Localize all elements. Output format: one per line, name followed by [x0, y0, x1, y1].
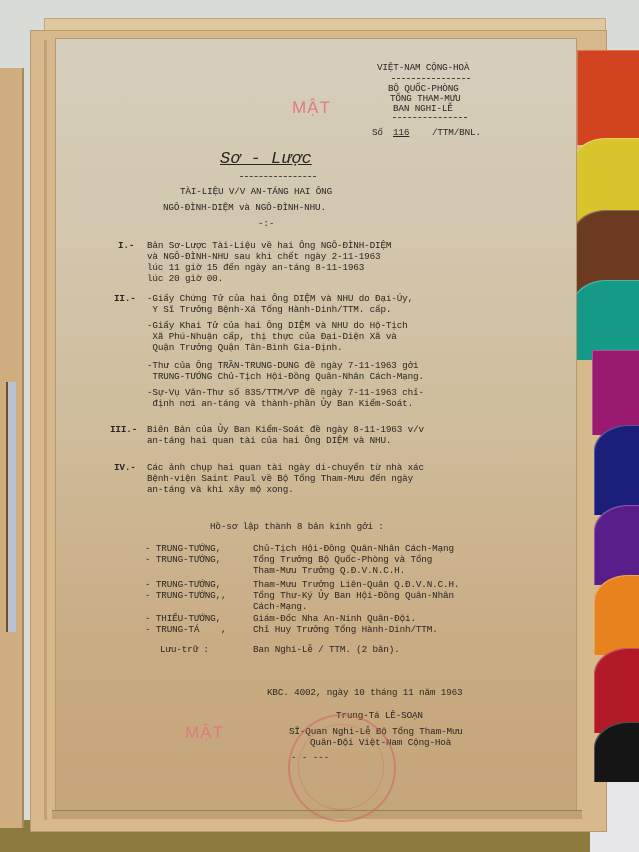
- header-country: VIỆT-NAM CỘNG-HOÀ: [377, 62, 469, 73]
- archive-label: Lưu-trữ :: [160, 644, 209, 655]
- adjacent-folder-gap: [6, 382, 16, 632]
- classification-stamp-top: MẬT: [292, 98, 331, 118]
- index-tab-teal[interactable]: [572, 280, 639, 360]
- header-rule-bottom: [393, 117, 467, 118]
- document-heading: Sơ - Lược: [220, 150, 312, 169]
- recipient-rank: - TRUNG-TÁ ,: [145, 624, 226, 635]
- index-tab-crimson[interactable]: [594, 648, 639, 733]
- index-tab-orange[interactable]: [594, 575, 639, 655]
- doc-number-label: Số: [372, 127, 383, 138]
- recipient-rank: - TRUNG-TƯỚNG,: [145, 579, 221, 590]
- recipient-title: Chủ-Tịch Hội-Đồng Quân-Nhân Cách-Mạng: [253, 543, 454, 554]
- section-2-item-2: -Giấy Khai Tử của hai Ông DIỆM và NHU do…: [147, 320, 408, 331]
- section-numeral-2: II.-: [114, 293, 136, 304]
- section-numeral-3: III.-: [110, 424, 137, 435]
- recipient-title: Tổng Thư-Ký Ủy Ban Hội-Đồng Quân-Nhân: [253, 590, 454, 601]
- section-2-item-2: Quận Trưởng Quận Tân-Bình Gia-Định.: [147, 342, 342, 353]
- archive-value: Ban Nghi-Lễ / TTM. (2 bản).: [253, 644, 400, 655]
- recipient-rank: - TRUNG-TƯỚNG,: [145, 554, 221, 565]
- recipient-title: Tổng Trưởng Bộ Quốc-Phòng và Tổng: [253, 554, 432, 565]
- doc-number-value: 116: [393, 127, 409, 138]
- section-2-item-4: -Sự-Vụ Văn-Thư số 835/TTM/VP đề ngày 7-1…: [147, 387, 424, 398]
- index-tab-magenta[interactable]: [592, 350, 639, 435]
- index-tab-black[interactable]: [594, 722, 639, 782]
- section-2-item-4: định nơi an-táng và thành-phần Ủy Ban Ki…: [147, 398, 413, 409]
- recipient-title: Tham-Mưu Trưởng Q.Đ.V.N.C.H.: [253, 565, 405, 576]
- section-3-line: Biên Bản của Ủy Ban Kiểm-Soát đề ngày 8-…: [147, 424, 424, 435]
- section-2-item-2: Xã Phú-Nhuận cấp, thị thực của Đại-Diện …: [147, 331, 397, 342]
- recipient-title: Cách-Mạng.: [253, 601, 307, 612]
- recipient-title: Giám-Đốc Nha An-Ninh Quân-Đội.: [253, 613, 416, 624]
- section-4-line: an-táng và khi xây mộ xong.: [147, 484, 294, 495]
- classification-stamp-bottom: MẬT: [185, 723, 224, 743]
- section-4-line: Các ảnh chụp hai quan tài ngày di-chuyển…: [147, 462, 424, 473]
- section-3-line: an-táng hai quan tài của hai Ông DIỆM và…: [147, 435, 391, 446]
- recipient-title: Tham-Mưu Trưởng Liên-Quân Q.Đ.V.N.C.H.: [253, 579, 459, 590]
- section-1-line: lúc 11 giờ 15 đến ngày an-táng 8-11-1963: [147, 262, 364, 273]
- section-numeral-1: I.-: [118, 240, 134, 251]
- section-4-line: Bệnh-viện Saint Paul về Bộ Tổng Tham-Mưu…: [147, 473, 413, 484]
- folder-fold-line: [44, 40, 47, 820]
- distribution-intro: Hồ-sơ lập thành 8 bản kính gởi :: [210, 521, 384, 532]
- colored-index-tabs: [572, 50, 639, 810]
- header-rule-top: [392, 78, 470, 79]
- place-date: KBC. 4002, ngày 10 tháng 11 năm 1963: [267, 687, 462, 698]
- recipient-rank: - TRUNG-TƯỚNG,,: [145, 590, 226, 601]
- recipient-rank: - THIẾU-TƯỚNG,: [145, 613, 221, 624]
- section-numeral-4: IV.-: [114, 462, 136, 473]
- section-2-item-1: -Giấy Chứng Tử của hai Ông DIỆM và NHU d…: [147, 293, 413, 304]
- title-rule: [240, 176, 316, 177]
- heading-text: Sơ - Lược: [220, 150, 312, 169]
- doc-number-suffix: /TTM/BNL.: [432, 127, 481, 138]
- section-1-line: và NGÔ-ĐÌNH-NHU sau khi chết ngày 2-11-1…: [147, 251, 380, 262]
- index-tab-red[interactable]: [577, 50, 639, 145]
- index-tab-navy[interactable]: [594, 425, 639, 515]
- recipient-title: Chỉ Huy Trưởng Tổng Hành-Dinh/TTM.: [253, 624, 438, 635]
- official-seal-stamp: [288, 714, 396, 822]
- section-2-item-3: TRUNG-TƯỚNG Chủ-Tịch Hội-Đồng Quân-Nhân …: [147, 371, 424, 382]
- title-separator: -:-: [258, 218, 274, 229]
- section-1-line: Bản Sơ-Lược Tài-Liệu về hai Ông NGÔ-ĐÌNH…: [147, 240, 391, 251]
- title-line-1: TÀI-LIỆU V/V AN-TÁNG HAI ÔNG: [180, 186, 332, 197]
- header-office: BAN NGHI-LỄ: [393, 103, 453, 114]
- section-2-item-1: Y Sĩ Trưởng Bệnh-Xá Tổng Hành-Dinh/TTM. …: [147, 304, 391, 315]
- section-1-line: lúc 20 giờ 00.: [147, 273, 223, 284]
- recipient-rank: - TRUNG-TƯỚNG,: [145, 543, 221, 554]
- section-2-item-3: -Thư của Ông TRẦN-TRUNG-DUNG đề ngày 7-1…: [147, 360, 418, 371]
- index-tab-purple[interactable]: [594, 505, 639, 585]
- title-line-2: NGÔ-ĐÌNH-DIỆM và NGÔ-ĐÌNH-NHU.: [163, 202, 326, 213]
